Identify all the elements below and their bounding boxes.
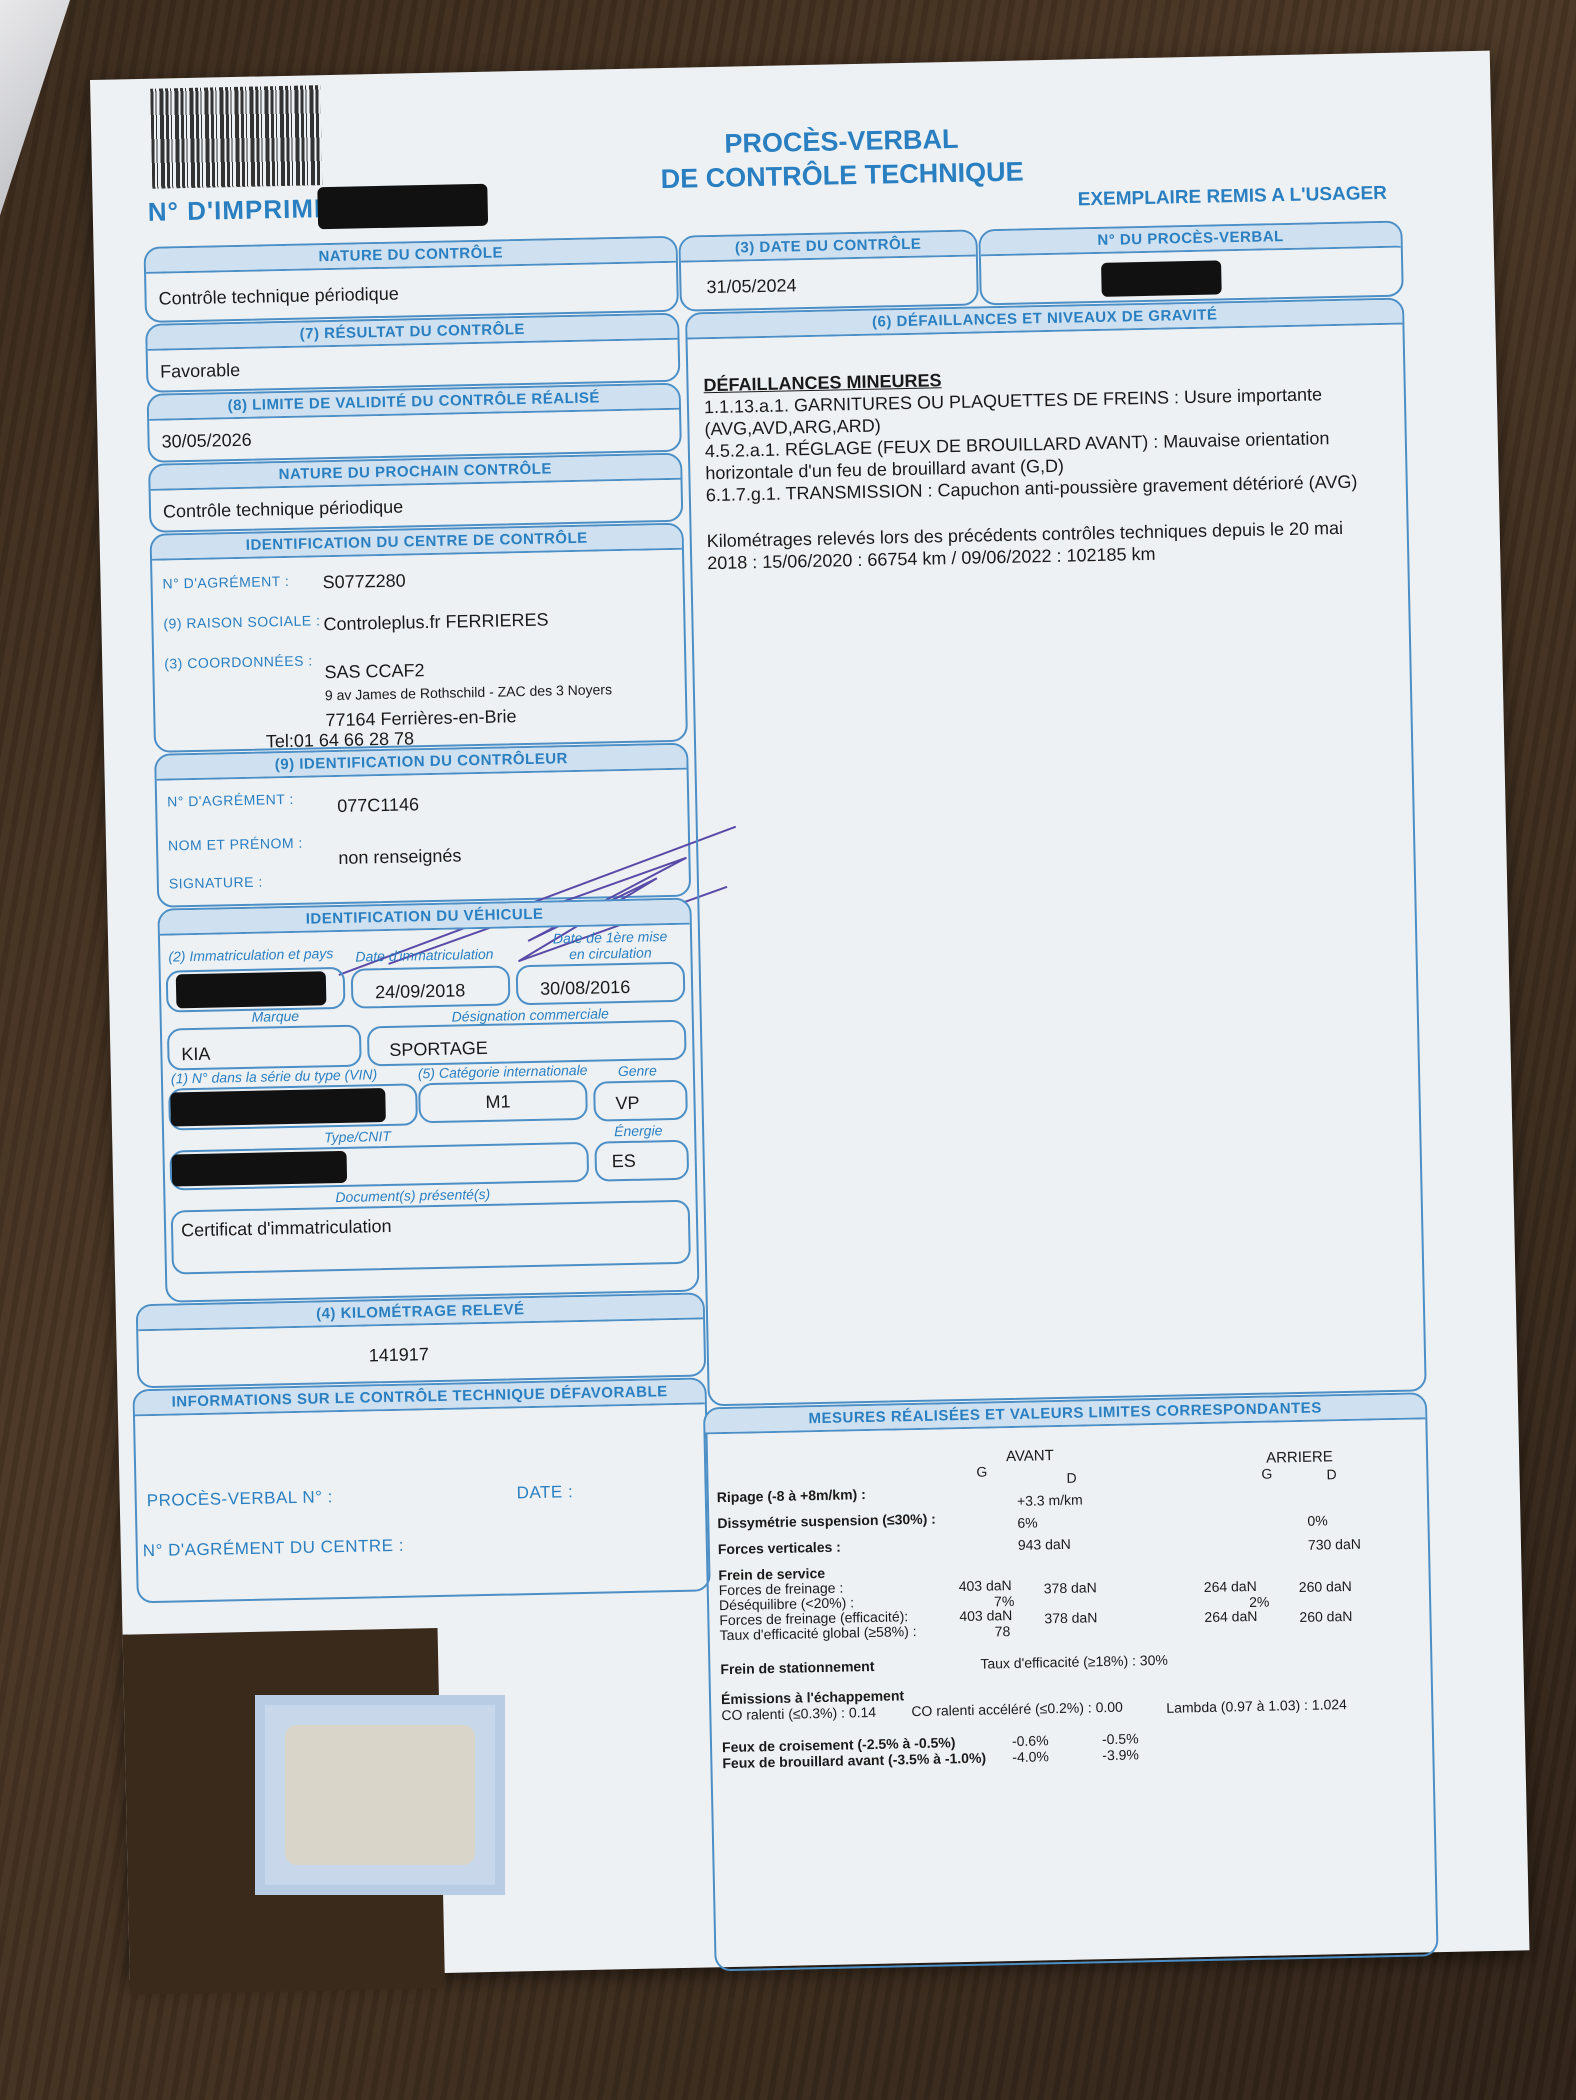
- controleur-agrement-label: N° D'AGRÉMENT :: [167, 791, 294, 810]
- categorie-label: (5) Catégorie internationale: [418, 1062, 588, 1082]
- energie-label: Énergie: [614, 1122, 663, 1139]
- forces-efficacite-arg: 264 daN: [1204, 1608, 1257, 1625]
- genre-label: Genre: [618, 1062, 657, 1079]
- nature-controle-box: NATURE DU CONTRÔLE Contrôle technique pé…: [144, 236, 679, 323]
- date-mise-circulation-field: 30/08/2016: [516, 962, 686, 1006]
- defaillances-content: DÉFAILLANCES MINEURES 1.1.13.a.1. GARNIT…: [703, 360, 1387, 574]
- coordonnees-label: (3) COORDONNÉES :: [164, 652, 313, 671]
- co-ralenti: CO ralenti (≤0.3%) : 0.14: [721, 1704, 876, 1723]
- ripage-label: Ripage (-8 à +8m/km) :: [717, 1486, 866, 1505]
- resultat-box: (7) RÉSULTAT DU CONTRÔLE Favorable: [145, 313, 680, 393]
- centre-agrement-label: N° D'AGRÉMENT :: [162, 573, 289, 592]
- date-immatriculation-field: 24/09/2018: [351, 965, 511, 1008]
- numero-pv-box: N° DU PROCÈS-VERBAL: [978, 221, 1403, 306]
- feux-brouillard-g: -4.0%: [1012, 1748, 1049, 1765]
- date-circ-label-1: Date de 1ère mise: [540, 928, 680, 947]
- genre-field: VP: [593, 1080, 688, 1122]
- coordonnees-line-3: 77164 Ferrières-en-Brie: [325, 706, 516, 731]
- resultat-value: Favorable: [160, 360, 240, 383]
- feux-brouillard-d: -3.9%: [1102, 1746, 1139, 1763]
- categorie-field: M1: [418, 1080, 588, 1124]
- vehicule-box: IDENTIFICATION DU VÉHICULE (2) Immatricu…: [157, 898, 699, 1303]
- date-mise-circulation-label: Date de 1ère mise en circulation: [540, 928, 681, 963]
- immatriculation-label: (2) Immatriculation et pays: [168, 945, 333, 964]
- prochain-controle-box: NATURE DU PROCHAIN CONTRÔLE Contrôle tec…: [148, 453, 683, 533]
- cnit-field: [169, 1142, 589, 1191]
- kilometrage-value: 141917: [369, 1344, 430, 1366]
- defavorable-pv-label: PROCÈS-VERBAL N° :: [147, 1487, 334, 1511]
- forces-verticales-label: Forces verticales :: [718, 1539, 841, 1558]
- date-controle-header: (3) DATE DU CONTRÔLE: [680, 231, 975, 262]
- forces-efficacite-avg: 403 daN: [959, 1607, 1012, 1624]
- feux-croisement-d: -0.5%: [1102, 1730, 1139, 1747]
- frein-stationnement-value: Taux d'efficacité (≥18%) : 30%: [980, 1652, 1168, 1672]
- forces-verticales-arriere: 730 daN: [1308, 1536, 1361, 1553]
- categorie-value: M1: [485, 1091, 510, 1113]
- centre-controle-box: IDENTIFICATION DU CENTRE DE CONTRÔLE N° …: [150, 523, 688, 753]
- forces-efficacite-ard: 260 daN: [1299, 1608, 1352, 1625]
- kilometrage-box: (4) KILOMÉTRAGE RELEVÉ 141917: [136, 1292, 707, 1388]
- vin-label: (1) N° dans la série du type (VIN): [171, 1066, 378, 1086]
- redacted-cnit: [172, 1151, 348, 1187]
- defaillances-box: (6) DÉFAILLANCES ET NIVEAUX DE GRAVITÉ D…: [685, 298, 1427, 1407]
- energie-value: ES: [612, 1151, 636, 1172]
- arriere-g-label: G: [1261, 1466, 1272, 1482]
- cnit-label: Type/CNIT: [324, 1128, 391, 1145]
- redacted-immatriculation: [176, 971, 327, 1008]
- coordonnees-line-1: SAS CCAF2: [324, 660, 424, 683]
- feux-croisement-g: -0.6%: [1012, 1732, 1049, 1749]
- date-mise-circulation-value: 30/08/2016: [540, 977, 631, 1000]
- forces-verticales-avant: 943 daN: [1018, 1536, 1071, 1553]
- designation-value: SPORTAGE: [389, 1038, 488, 1061]
- raison-sociale-label: (9) RAISON SOCIALE :: [163, 612, 320, 631]
- genre-value: VP: [615, 1093, 639, 1114]
- redacted-imprime-number: [317, 184, 488, 230]
- avant-g-label: G: [976, 1464, 987, 1480]
- documents-field: Certificat d'immatriculation: [171, 1200, 691, 1275]
- defavorable-agrement-label: N° D'AGRÉMENT DU CENTRE :: [143, 1536, 405, 1561]
- taux-global-label: Taux d'efficacité global (≥58%) :: [720, 1624, 917, 1643]
- arriere-label: ARRIERE: [1266, 1448, 1333, 1466]
- date-immatriculation-value: 24/09/2018: [375, 980, 466, 1003]
- nature-controle-value: Contrôle technique périodique: [158, 284, 399, 310]
- date-immatriculation-label: Date d'immatriculation: [355, 946, 493, 965]
- controleur-agrement-value: 077C1146: [337, 794, 419, 817]
- avant-label: AVANT: [1006, 1447, 1054, 1465]
- documents-value: Certificat d'immatriculation: [181, 1216, 392, 1241]
- hologram-window: [285, 1725, 475, 1865]
- marque-value: KIA: [181, 1044, 210, 1066]
- marque-label: Marque: [251, 1008, 299, 1025]
- dissymetrie-avant: 6%: [1017, 1514, 1038, 1530]
- mesures-box: MESURES RÉALISÉES ET VALEURS LIMITES COR…: [703, 1392, 1439, 1971]
- taux-global-value: 78: [995, 1623, 1011, 1639]
- dissymetrie-label: Dissymétrie suspension (≤30%) :: [717, 1511, 936, 1532]
- raison-sociale-value: Controleplus.fr FERRIERES: [323, 610, 548, 636]
- co-ralenti-accelere: CO ralenti accéléré (≤0.2%) : 0.00: [911, 1699, 1123, 1719]
- ripage-value: +3.3 m/km: [1017, 1492, 1083, 1509]
- centre-agrement-value: S077Z280: [322, 571, 405, 594]
- nature-controle-header: NATURE DU CONTRÔLE: [146, 238, 676, 274]
- lambda: Lambda (0.97 à 1.03) : 1.024: [1166, 1696, 1347, 1716]
- forces-efficacite-avd: 378 daN: [1044, 1609, 1097, 1626]
- exemplaire-label: EXEMPLAIRE REMIS A L'USAGER: [1078, 183, 1388, 211]
- redacted-pv-number: [1101, 260, 1222, 297]
- defavorable-date-label: DATE :: [516, 1482, 573, 1503]
- document-title: PROCÈS-VERBAL DE CONTRÔLE TECHNIQUE: [611, 119, 1072, 197]
- limite-validite-value: 30/05/2026: [161, 430, 252, 453]
- prochain-controle-value: Contrôle technique périodique: [163, 497, 404, 523]
- date-controle-value: 31/05/2024: [706, 275, 797, 298]
- date-circ-label-2: en circulation: [540, 944, 680, 963]
- energie-field: ES: [594, 1140, 689, 1182]
- signature-label: SIGNATURE :: [169, 874, 263, 892]
- vin-field: [168, 1083, 418, 1130]
- barcode: [150, 85, 322, 189]
- forces-freinage-avg: 403 daN: [959, 1577, 1012, 1594]
- designation-field: SPORTAGE: [367, 1020, 687, 1067]
- dissymetrie-arriere: 0%: [1307, 1512, 1328, 1528]
- kilometrage-history: Kilométrages relevés lors des précédents…: [707, 516, 1388, 574]
- coordonnees-line-2: 9 av James de Rothschild - ZAC des 3 Noy…: [325, 681, 612, 703]
- forces-freinage-avd: 378 daN: [1044, 1579, 1097, 1596]
- controle-technique-document: N° D'IMPRIMÉ : PROCÈS-VERBAL DE CONTRÔLE…: [90, 51, 1529, 1980]
- marque-field: KIA: [167, 1025, 362, 1071]
- emissions-label: Émissions à l'échappement: [721, 1687, 904, 1707]
- forces-freinage-ard: 260 daN: [1299, 1578, 1352, 1595]
- security-hologram: [255, 1695, 505, 1895]
- immatriculation-field: [166, 967, 346, 1013]
- defavorable-box: INFORMATIONS SUR LE CONTRÔLE TECHNIQUE D…: [132, 1377, 710, 1603]
- frein-stationnement-label: Frein de stationnement: [720, 1658, 874, 1677]
- numero-pv-header: N° DU PROCÈS-VERBAL: [980, 223, 1400, 257]
- redacted-vin: [170, 1088, 386, 1126]
- documents-label: Document(s) présenté(s): [335, 1186, 490, 1205]
- limite-validite-box: (8) LIMITE DE VALIDITÉ DU CONTRÔLE RÉALI…: [147, 383, 682, 463]
- arriere-d-label: D: [1326, 1466, 1336, 1482]
- date-controle-box: (3) DATE DU CONTRÔLE 31/05/2024: [678, 229, 979, 311]
- avant-d-label: D: [1066, 1470, 1076, 1486]
- controleur-nom-label: NOM ET PRÉNOM :: [168, 835, 303, 854]
- forces-freinage-arg: 264 daN: [1204, 1578, 1257, 1595]
